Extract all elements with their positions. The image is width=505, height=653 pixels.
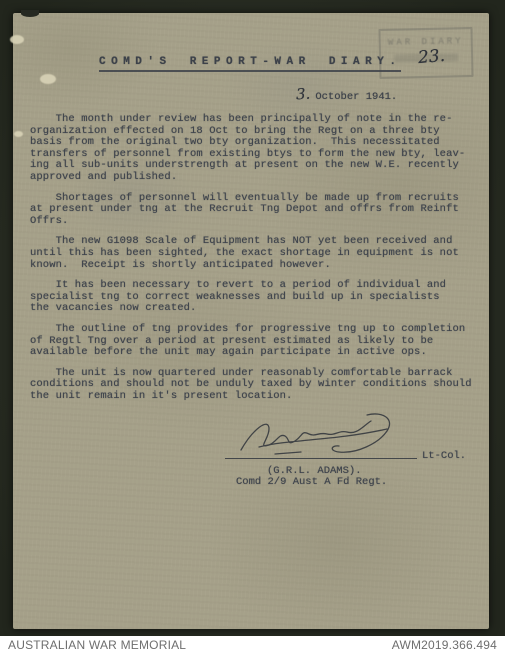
signature-unit: Comd 2/9 Aust A Fd Regt. [236,476,387,488]
handwritten-signature [235,409,430,464]
handwritten-day: 3. [296,85,311,104]
archive-footer: AUSTRALIAN WAR MEMORIAL AWM2019.366.494 [0,636,505,653]
handwritten-page-number: 23. [417,46,446,68]
paragraph-personnel-shortages: Shortages of personnel will eventually b… [30,193,482,228]
paragraph-training-revert: It has been necessary to revert to a per… [30,280,482,315]
document-title: COMD'S REPORT-WAR DIARY. [99,56,401,72]
paper-damage-spot [14,131,23,137]
paper-damage-spot [40,74,56,84]
report-body: The month under review has been principa… [30,114,482,411]
scanned-page: WAR DIARY 23. COMD'S REPORT-WAR DIARY. 3… [13,13,489,629]
signature-block: Lt-Col. (G.R.L. ADAMS). Comd 2/9 Aust A … [13,407,489,517]
date-line: 3.October 1941. [296,85,397,104]
paragraph-quartering: The unit is now quartered under reasonab… [30,368,482,403]
paragraph-equipment-scale: The new G1098 Scale of Equipment has NOT… [30,236,482,271]
archive-reference: AWM2019.366.494 [392,638,497,652]
typed-date: October 1941. [315,91,397,103]
signature-rule [225,458,417,459]
stamp-label: WAR DIARY [381,36,471,48]
paper-damage-spot [10,35,24,44]
paragraph-reorganization: The month under review has been principa… [30,114,482,184]
paper-edge-notch [21,10,39,17]
paragraph-training-outline: The outline of tng provides for progress… [30,324,482,359]
signature-rank: Lt-Col. [422,450,466,462]
archive-institution: AUSTRALIAN WAR MEMORIAL [8,638,186,652]
